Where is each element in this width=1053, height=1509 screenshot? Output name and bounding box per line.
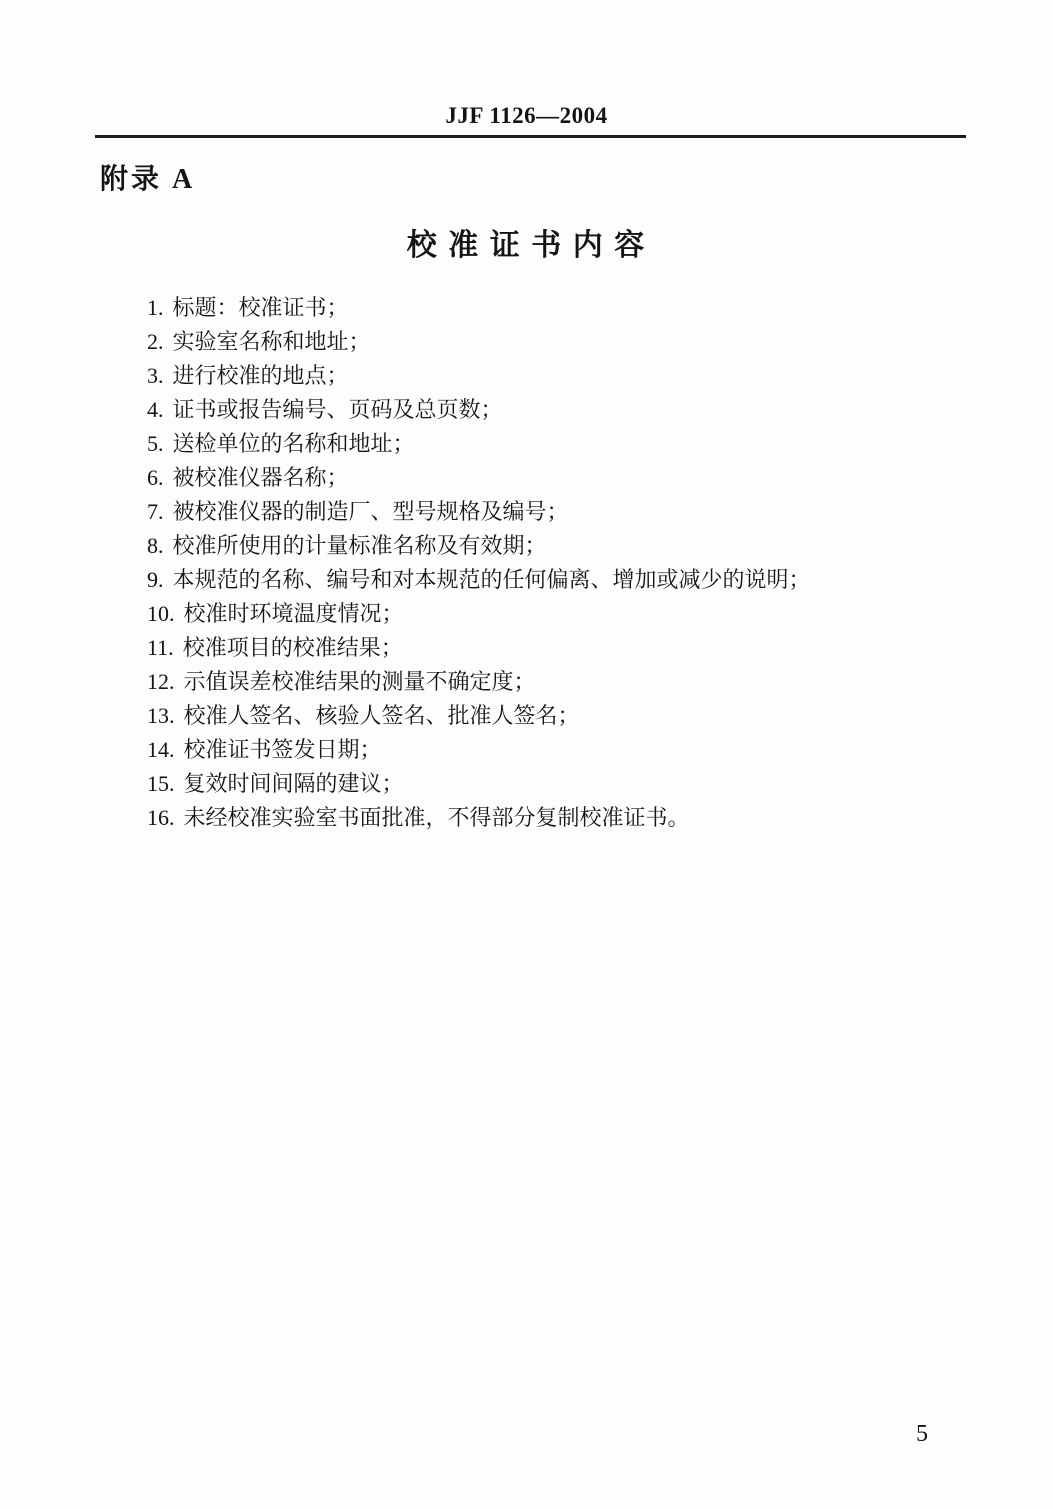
list-item: 4.证书或报告编号、页码及总页数； (147, 393, 811, 427)
list-item: 16.未经校准实验室书面批准，不得部分复制校准证书。 (147, 801, 811, 835)
document-page: JJF 1126—2004 附录 A 校 准 证 书 内 容 1.标题：校准证书… (0, 0, 1053, 1509)
item-number: 5. (147, 427, 164, 461)
item-number: 8. (147, 529, 164, 563)
item-text: 复效时间间隔的建议； (184, 771, 404, 796)
item-text: 证书或报告编号、页码及总页数； (173, 397, 503, 422)
list-item: 15.复效时间间隔的建议； (147, 767, 811, 801)
item-number: 11. (147, 631, 174, 665)
appendix-label: 附录 A (100, 157, 195, 197)
list-item: 9.本规范的名称、编号和对本规范的任何偏离、增加或减少的说明； (147, 563, 811, 597)
item-number: 12. (147, 665, 175, 699)
item-number: 10. (147, 597, 175, 631)
list-item: 2.实验室名称和地址； (147, 325, 811, 359)
list-item: 8.校准所使用的计量标准名称及有效期； (147, 529, 811, 563)
standard-number: JJF 1126—2004 (0, 103, 1053, 129)
list-item: 7.被校准仪器的制造厂、型号规格及编号； (147, 495, 811, 529)
item-text: 标题：校准证书； (173, 295, 349, 320)
item-text: 被校准仪器的制造厂、型号规格及编号； (173, 499, 569, 524)
list-item: 6.被校准仪器名称； (147, 461, 811, 495)
list-item: 3.进行校准的地点； (147, 359, 811, 393)
item-text: 校准人签名、核验人签名、批准人签名； (184, 703, 580, 728)
list-item: 13.校准人签名、核验人签名、批准人签名； (147, 699, 811, 733)
item-text: 示值误差校准结果的测量不确定度； (184, 669, 536, 694)
item-text: 送检单位的名称和地址； (173, 431, 415, 456)
item-number: 9. (147, 563, 164, 597)
item-number: 7. (147, 495, 164, 529)
item-text: 校准时环境温度情况； (184, 601, 404, 626)
item-text: 未经校准实验室书面批准，不得部分复制校准证书。 (184, 805, 690, 830)
page-number: 5 (916, 1421, 928, 1448)
certificate-content-list: 1.标题：校准证书； 2.实验室名称和地址； 3.进行校准的地点； 4.证书或报… (147, 291, 811, 835)
list-item: 5.送检单位的名称和地址； (147, 427, 811, 461)
item-number: 13. (147, 699, 175, 733)
item-text: 校准所使用的计量标准名称及有效期； (173, 533, 547, 558)
item-number: 4. (147, 393, 164, 427)
item-text: 本规范的名称、编号和对本规范的任何偏离、增加或减少的说明； (173, 567, 811, 592)
item-text: 校准证书签发日期； (184, 737, 382, 762)
item-number: 6. (147, 461, 164, 495)
list-item: 1.标题：校准证书； (147, 291, 811, 325)
item-text: 进行校准的地点； (173, 363, 349, 388)
item-number: 3. (147, 359, 164, 393)
item-number: 2. (147, 325, 164, 359)
item-text: 实验室名称和地址； (173, 329, 371, 354)
item-number: 15. (147, 767, 175, 801)
header-rule (95, 135, 966, 138)
item-text: 被校准仪器名称； (173, 465, 349, 490)
list-item: 11.校准项目的校准结果； (147, 631, 811, 665)
item-number: 16. (147, 801, 175, 835)
list-item: 14.校准证书签发日期； (147, 733, 811, 767)
list-item: 10.校准时环境温度情况； (147, 597, 811, 631)
item-number: 1. (147, 291, 164, 325)
item-number: 14. (147, 733, 175, 767)
item-text: 校准项目的校准结果； (183, 635, 403, 660)
list-item: 12.示值误差校准结果的测量不确定度； (147, 665, 811, 699)
page-title: 校 准 证 书 内 容 (0, 220, 1053, 264)
